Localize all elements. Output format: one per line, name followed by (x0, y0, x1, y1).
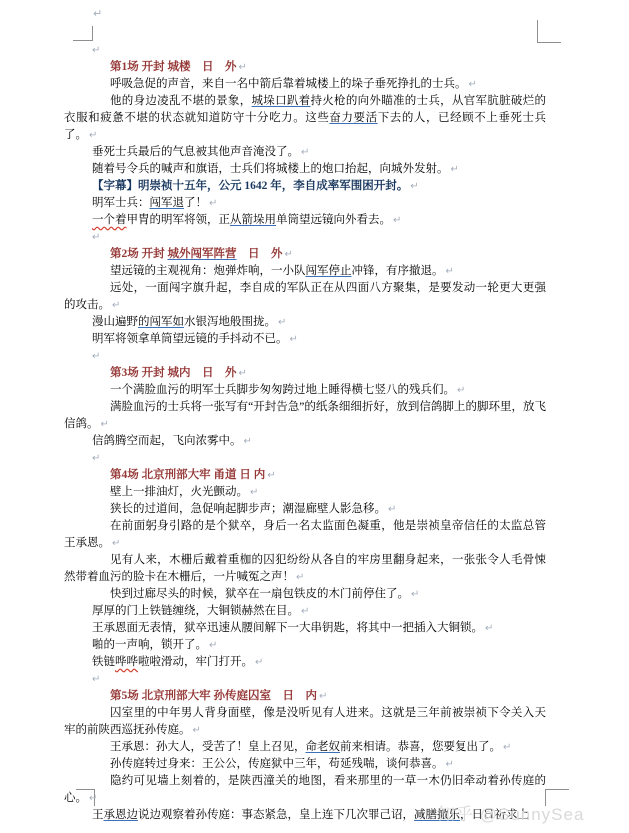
text-run: 壁上一排油灯，火光颤动。 (110, 486, 248, 498)
paragraph-mark-icon: ↵ (101, 419, 109, 430)
paragraph-mark-icon: ↵ (112, 300, 120, 311)
text-run: 第4场 北京刑部大牢 甬道 日 内 (110, 469, 265, 481)
paragraph-mark-icon: ↵ (451, 164, 459, 175)
paragraph-mark-icon: ↵ (239, 368, 247, 379)
paragraph-mark-icon: ↵ (239, 62, 247, 73)
script-paragraph: 满脸血污的士兵将一张写有“开封告急”的纸条细细折好，放到信鸽脚上的脚环里，放飞信… (64, 399, 546, 433)
script-paragraph: 明军将领拿单筒望远镜的手抖动不已。↵ (64, 331, 546, 348)
zhihu-watermark: 知乎 @SunnySea (438, 800, 584, 825)
text-run: 第5场 北京刑部大牢 孙传庭囚室 日 内 (110, 690, 317, 702)
text-run: 铁链 (92, 656, 115, 668)
spellcheck-flagged-text-run: 一个着 (92, 214, 127, 226)
scene-heading: 第4场 北京刑部大牢 甬道 日 内↵ (64, 467, 546, 484)
empty-paragraph: ↵ (64, 229, 546, 246)
script-paragraph: 他的身边凌乱不堪的景象，城垛口趴着持火枪的向外瞄准的士兵，从官军肮脏破烂的衣服和… (64, 93, 546, 144)
script-paragraph: 呼吸急促的声音，来自一名中箭后靠着城楼上的垛子垂死挣扎的士兵。↵ (64, 76, 546, 93)
paragraph-mark-icon: ↵ (193, 725, 201, 736)
paragraph-mark-icon: ↵ (89, 130, 97, 141)
paragraph-mark-icon: ↵ (457, 385, 465, 396)
margin-crop-mark-top-right (537, 20, 561, 43)
paragraph-mark-icon: ↵ (255, 657, 263, 668)
paragraph-mark-icon: ↵ (446, 759, 454, 770)
text-run: 【字幕】明崇祯十五年，公元 1642 年，李自成率军围困开封。 (92, 180, 408, 192)
underlined-text-run: 从箭垛用 (230, 214, 276, 226)
underlined-text-run: 承恩边 (104, 809, 139, 821)
paragraph-mark-icon: ↵ (285, 249, 293, 260)
margin-crop-mark-top-left (73, 26, 93, 41)
text-run: 孙传庭转过身来：王公公，传庭狱中三年，苟延残喘，谈何恭喜。 (110, 758, 444, 770)
script-paragraph: 明军士兵：闯军退了！↵ (64, 195, 546, 212)
paragraph-mark-icon: ↵ (388, 504, 396, 515)
text-run: 第3场 开封 城内 日 外 (110, 367, 237, 379)
script-paragraph: 啪的一声响，锁开了。↵ (64, 637, 546, 654)
script-paragraph: 厚厚的门上铁链缠绕，大铜锁赫然在目。↵ (64, 603, 546, 620)
text-run: 见有人来，木栅后戴着重枷的囚犯纷纷从各自的牢房里翻身起来，一张张令人毛骨悚然带着… (64, 554, 546, 583)
paragraph-mark-icon: ↵ (92, 232, 100, 243)
script-paragraph: 信鸽腾空而起，飞向浓雾中。↵ (64, 433, 546, 450)
underlined-text-run: 城外闯军阵营 (168, 248, 237, 260)
paragraph-mark-icon: ↵ (92, 45, 100, 56)
paragraph-mark-icon: ↵ (250, 487, 258, 498)
scene-heading: 第3场 开封 城内 日 外↵ (64, 365, 546, 382)
script-paragraph: 囚室里的中年男人背身面壁，像是没听见有人进来。这就是三年前被崇祯下令关入天牢的前… (64, 705, 546, 739)
text-run: 甲胄的明军将领，正 (127, 214, 231, 226)
paragraph-mark-icon: ↵ (209, 640, 217, 651)
text-run: 明军士兵： (92, 197, 150, 209)
script-paragraph: 见有人来，木栅后戴着重枷的囚犯纷纷从各自的牢房里翻身起来，一张张令人毛骨悚然带着… (64, 552, 546, 586)
script-paragraph: 在前面躬身引路的是个狱卒，身后一名太监面色凝重，他是崇祯皇帝信任的太监总管王承恩… (64, 518, 546, 552)
paragraph-mark-icon: ↵ (469, 79, 477, 90)
paragraph-mark-icon: ↵ (411, 589, 419, 600)
script-paragraph: 一个满脸血污的明军士兵脚步匆匆跨过地上睡得横七竖八的残兵们。↵ (64, 382, 546, 399)
text-run: 明军将领拿单筒望远镜的手抖动不已。 (92, 333, 288, 345)
script-paragraph: 漫山遍野的闯军如水银泻地般围拢。↵ (64, 314, 546, 331)
spellcheck-flagged-text-run: 哗哗 (115, 656, 138, 668)
paragraph-mark-icon: ↵ (301, 606, 309, 617)
paragraph-mark-icon: ↵ (301, 147, 309, 158)
word-document-page: ↵ ↵第1场 开封 城楼 日 外↵呼吸急促的声音，来自一名中箭后靠着城楼上的垛子… (0, 0, 629, 833)
script-paragraph: 随着号令兵的喊声和旗语，士兵们将城楼上的炮口抬起，向城外发射。↵ (64, 161, 546, 178)
paragraph-mark-icon: ↵ (112, 538, 120, 549)
underlined-text-run: 奋力要活 (329, 112, 377, 124)
text-run: 单筒望远镜向外看去。 (276, 214, 391, 226)
text-run: 随着号令兵的喊声和旗语，士兵们将城楼上的炮口抬起，向城外发射。 (92, 163, 449, 175)
text-run: 呼吸急促的声音，来自一名中箭后靠着城楼上的垛子垂死挣扎的士兵。 (110, 78, 467, 90)
script-paragraph: 孙传庭转过身来：王公公，传庭狱中三年，苟延残喘，谈何恭喜。↵ (64, 756, 546, 773)
text-run: 王承恩：孙大人，受苦了！皇上召见， (110, 741, 306, 753)
paragraph-mark-icon: ↵ (267, 470, 275, 481)
script-paragraph: 一个着甲胄的明军将领，正从箭垛用单筒望远镜向外看去。↵ (64, 212, 546, 229)
paragraph-mark-icon: ↵ (209, 198, 217, 209)
script-paragraph: 狭长的过道间，急促响起脚步声；潮湿廊壁人影急移。↵ (64, 501, 546, 518)
paragraph-mark-icon: ↵ (278, 317, 286, 328)
text-run: 第1场 开封 城楼 日 外 (110, 61, 237, 73)
paragraph-mark-icon: ↵ (393, 215, 401, 226)
empty-paragraph: ↵ (64, 42, 546, 59)
underlined-text-run: 闯军退 (150, 197, 185, 209)
text-run: 囚室里的中年男人背身面壁，像是没听见有人进来。这就是三年前被崇祯下令关入天牢的前… (64, 707, 546, 736)
paragraph-mark-icon: ↵ (485, 623, 493, 634)
paragraph-mark-icon: ↵ (319, 691, 327, 702)
underlined-text-run: 城垛口趴着 (252, 95, 311, 107)
scene-heading: 第1场 开封 城楼 日 外↵ (64, 59, 546, 76)
script-paragraph: 垂死士兵最后的气息被其他声音淹没了。↵ (64, 144, 546, 161)
script-paragraph: 壁上一排油灯，火光颤动。↵ (64, 484, 546, 501)
underlined-text-run: 的闯军如 (138, 316, 184, 328)
script-paragraph: 王承恩面无表情，狱卒迅速从腰间解下一大串钥匙，将其中一把插入大铜锁。↵ (64, 620, 546, 637)
script-paragraph: 铁链哗哗啦啦滑动，牢门打开。↵ (64, 654, 546, 671)
empty-paragraph: ↵ (64, 450, 546, 467)
paragraph-mark-icon: ↵ (92, 453, 100, 464)
text-run: 说边观察着孙传庭：事态紧急，皇上连下几次罪己诏， (138, 809, 414, 821)
paragraph-mark-icon: ↵ (446, 266, 454, 277)
scene-heading: 第5场 北京刑部大牢 孙传庭囚室 日 内↵ (64, 688, 546, 705)
paragraph-mark-icon: ↵ (296, 572, 304, 583)
text-run: 他的身边凌乱不堪的景象， (110, 95, 252, 107)
text-run: 冲锋，有序撤退。 (352, 265, 444, 277)
text-run: 狭长的过道间，急促响起脚步声；潮湿廊壁人影急移。 (110, 503, 386, 515)
text-run: 漫山遍野 (92, 316, 138, 328)
paragraph-mark-icon: ↵ (503, 742, 511, 753)
paragraph-mark-icon: ↵ (92, 351, 100, 362)
text-run: 王 (92, 809, 104, 821)
script-paragraph: 远处，一面闯字旗升起，李自成的军队正在从四面八方聚集，是要发动一轮更大更强的攻击… (64, 280, 546, 314)
empty-paragraph: ↵ (64, 671, 546, 688)
text-run: 一个满脸血污的明军士兵脚步匆匆跨过地上睡得横七竖八的残兵们。 (110, 384, 455, 396)
text-run: 远处，一面闯字旗升起，李自成的军队正在从四面八方聚集，是要发动一轮更大更强的攻击… (64, 282, 546, 311)
text-run: 前来相请。恭喜，您要复出了。 (340, 741, 501, 753)
text-run: 满脸血污的士兵将一张写有“开封告急”的纸条细细折好，放到信鸽脚上的脚环里，放飞信… (64, 401, 546, 430)
text-run: 在前面躬身引路的是个狱卒，身后一名太监面色凝重，他是崇祯皇帝信任的太监总管王承恩… (64, 520, 546, 549)
script-paragraph: 王承恩：孙大人，受苦了！皇上召见，命老奴前来相请。恭喜，您要复出了。↵ (64, 739, 546, 756)
script-paragraph: 【字幕】明崇祯十五年，公元 1642 年，李自成率军围困开封。↵ (64, 178, 546, 195)
underlined-text-run: 命老奴 (306, 741, 341, 753)
text-run: 啦啦滑动，牢门打开。 (138, 656, 253, 668)
script-paragraph: 快到过廊尽头的时候，狱卒在一扇包铁皮的木门前停住了。↵ (64, 586, 546, 603)
text-run: 信鸽腾空而起，飞向浓雾中。 (92, 435, 242, 447)
text-run: 了！ (184, 197, 207, 209)
text-run: 第2场 开封 (110, 248, 168, 260)
paragraph-mark-icon: ↵ (244, 436, 252, 447)
text-run: 快到过廊尽头的时候，狱卒在一扇包铁皮的木门前停住了。 (110, 588, 409, 600)
paragraph-mark-icon: ↵ (290, 334, 298, 345)
script-text-body: ↵第1场 开封 城楼 日 外↵呼吸急促的声音，来自一名中箭后靠着城楼上的垛子垂死… (64, 42, 546, 824)
underlined-text-run: 闯军停止 (306, 265, 352, 277)
text-run: 望远镜的主观视角：炮弹炸响，一小队 (110, 265, 306, 277)
script-paragraph: 望远镜的主观视角：炮弹炸响，一小队闯军停止冲锋，有序撤退。↵ (64, 263, 546, 280)
text-run: 垂死士兵最后的气息被其他声音淹没了。 (92, 146, 299, 158)
paragraph-mark-icon: ↵ (93, 7, 102, 20)
text-run: 水银泻地般围拢。 (184, 316, 276, 328)
text-run: 王承恩面无表情，狱卒迅速从腰间解下一大串钥匙，将其中一把插入大铜锁。 (92, 622, 483, 634)
empty-paragraph: ↵ (64, 348, 546, 365)
text-run: 厚厚的门上铁链缠绕，大铜锁赫然在目。 (92, 605, 299, 617)
scene-heading: 第2场 开封 城外闯军阵营 日 外↵ (64, 246, 546, 263)
paragraph-mark-icon: ↵ (89, 793, 97, 804)
text-run: 日 外 (237, 248, 283, 260)
paragraph-mark-icon: ↵ (410, 181, 418, 192)
paragraph-mark-icon: ↵ (92, 674, 100, 685)
text-run: 啪的一声响，锁开了。 (92, 639, 207, 651)
